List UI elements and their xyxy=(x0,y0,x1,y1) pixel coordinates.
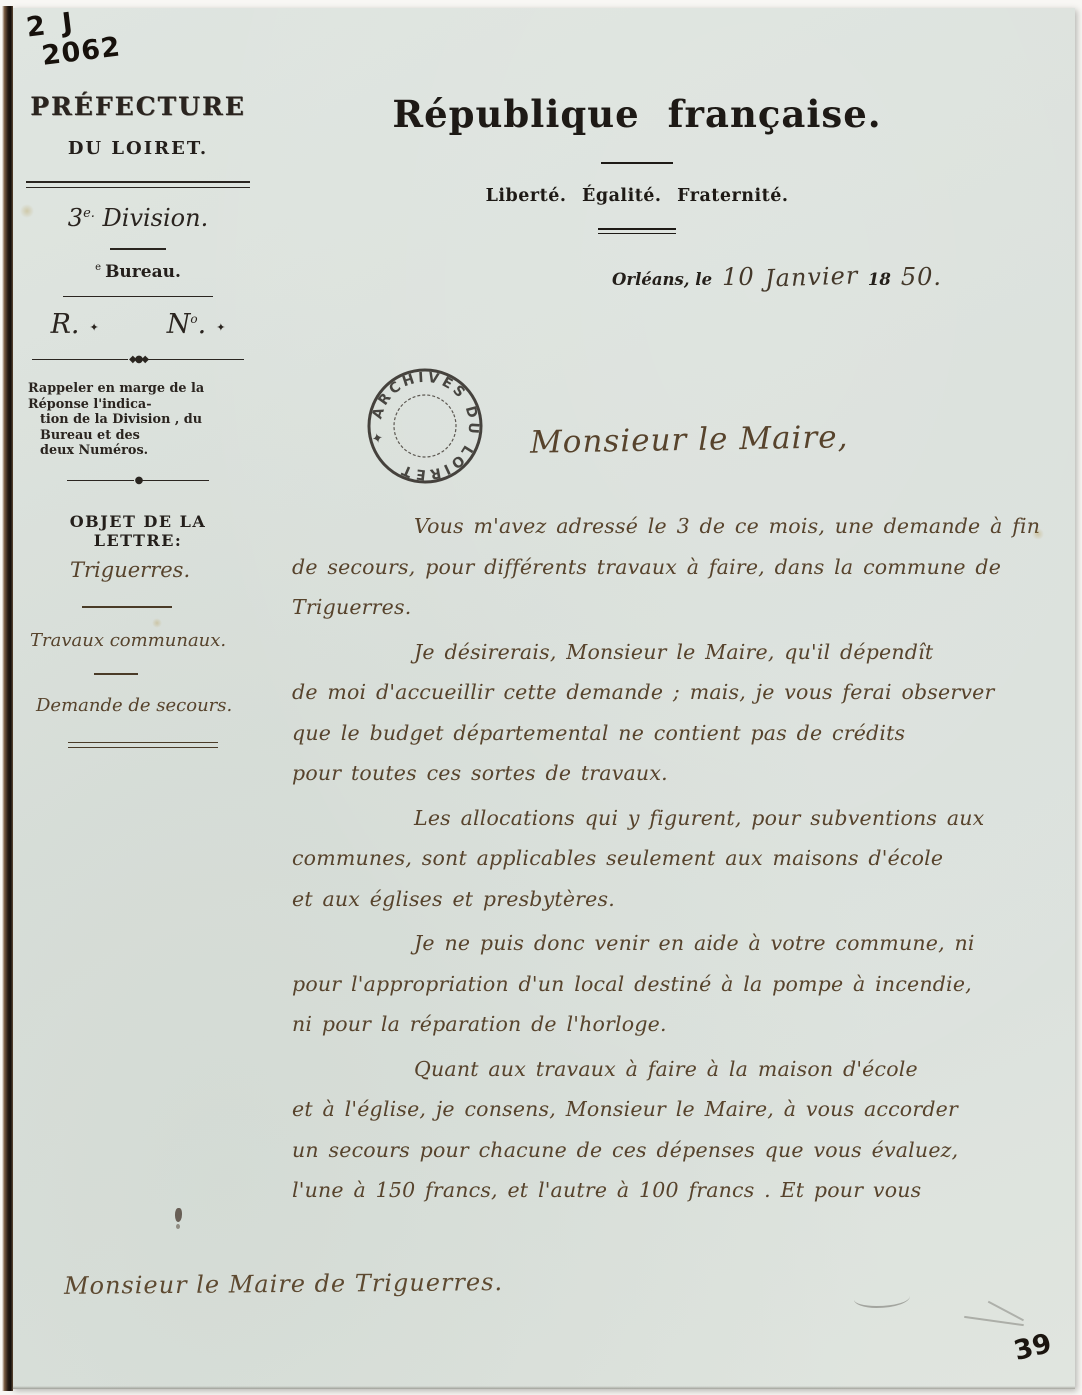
body-line: Les allocations qui y figurent, pour sub… xyxy=(292,798,1078,839)
letterhead-divider xyxy=(26,181,250,188)
objet-underline-double xyxy=(68,742,218,748)
registry-number-line: R. ✦ No. ✦ xyxy=(22,309,254,340)
numero-dot: . xyxy=(198,309,207,340)
letterhead-divider xyxy=(110,248,166,250)
body-line: l'une à 150 francs, et l'autre à 100 fra… xyxy=(292,1170,1078,1211)
scan-left-edge xyxy=(2,6,13,1391)
dateline-month-handwritten: Janvier xyxy=(764,261,858,292)
body-line: un secours pour chacune de ces dépenses … xyxy=(292,1130,1078,1171)
body-line: pour l'appropriation d'un local destiné … xyxy=(292,964,1078,1005)
division-line: 3e. Division. xyxy=(22,204,254,232)
body-line: pour toutes ces sortes de travaux. xyxy=(292,753,1078,794)
body-line: et à l'église, je consens, Monsieur le M… xyxy=(292,1089,1078,1130)
header-rule xyxy=(601,162,673,164)
svg-text:✦ ARCHIVES DU LOIRET: ✦ ARCHIVES DU LOIRET xyxy=(352,353,499,500)
body-line: communes, sont applicables seulement aux… xyxy=(292,838,1078,879)
spindle-ornament: ◆●◆ xyxy=(32,354,244,365)
foxing-spot xyxy=(152,618,162,628)
salutation: Monsieur le Maire, xyxy=(530,419,849,461)
foxing-spot xyxy=(20,204,34,218)
bureau-word: Bureau. xyxy=(105,262,181,282)
spindle-glyph-icon: ● xyxy=(134,475,143,486)
body-line: ni pour la réparation de l'horloge. xyxy=(292,1004,1078,1045)
numero-label: No. xyxy=(167,309,206,340)
letter-body: Vous m'avez adressé le 3 de ce mois, une… xyxy=(292,506,1078,1211)
archival-cote-note: 2 J 2062 xyxy=(25,3,123,74)
dateline-day-handwritten: 10 xyxy=(722,263,755,291)
division-word: Division. xyxy=(103,204,209,232)
instruction-line: Rappeler en marge de la Réponse l'indica… xyxy=(28,381,254,412)
archives-du-loiret-stamp-icon: ✦ ARCHIVES DU LOIRET xyxy=(339,340,511,512)
letterhead-divider xyxy=(63,296,213,297)
objet-underline xyxy=(94,673,138,675)
header-rule xyxy=(598,228,676,234)
bureau-ordinal-blank: e xyxy=(95,262,101,273)
body-line: de secours, pour différents travaux à fa… xyxy=(292,547,1078,588)
body-line: Je ne puis donc venir en aide à votre co… xyxy=(292,923,1078,964)
numero-letter: N xyxy=(167,309,191,340)
objet-entry-demande: Demande de secours. xyxy=(36,695,254,716)
prefecture-title: PRÉFECTURE xyxy=(22,92,254,121)
margin-instruction: Rappeler en marge de la Réponse l'indica… xyxy=(22,381,254,459)
letterhead-column: PRÉFECTURE DU LOIRET. 3e. Division. eBur… xyxy=(22,92,254,748)
dateline-year-handwritten: 50. xyxy=(901,263,942,291)
stamp-ring-text: ✦ ARCHIVES DU LOIRET xyxy=(352,353,499,500)
republic-title: République française. xyxy=(312,92,962,136)
pencil-mark xyxy=(854,1288,910,1308)
republic-motto: Liberté. Égalité. Fraternité. xyxy=(312,186,962,206)
body-line: Triguerres. xyxy=(292,587,1078,628)
dateline: Orléans, le 10 Janvier 18 50. xyxy=(612,263,1032,291)
pencil-mark xyxy=(964,1308,1024,1330)
star-ornament-icon: ✦ xyxy=(216,321,225,334)
dateline-year-printed: 18 xyxy=(868,270,891,289)
dateline-place: Orléans, le xyxy=(612,270,712,289)
body-line: et aux églises et presbytères. xyxy=(292,879,1078,920)
division-ordinal: e. xyxy=(83,206,95,221)
recipient-address: Monsieur le Maire de Triguerres. xyxy=(64,1268,503,1300)
body-line: Quant aux travaux à faire à la maison d'… xyxy=(292,1049,1078,1090)
bureau-line: eBureau. xyxy=(22,262,254,282)
letter-page: 2 J 2062 PRÉFECTURE DU LOIRET. 3e. Divis… xyxy=(12,8,1075,1389)
numero-ordinal: o xyxy=(190,312,197,326)
body-line: Vous m'avez adressé le 3 de ce mois, une… xyxy=(292,506,1078,547)
body-line: de moi d'accueillir cette demande ; mais… xyxy=(292,672,1078,713)
objet-entry-commune: Triguerres. xyxy=(70,558,254,582)
folio-number: 39 xyxy=(1011,1328,1055,1367)
republic-header: République française. Liberté. Égalité. … xyxy=(312,92,962,234)
instruction-line: tion de la Division , du Bureau et des xyxy=(28,412,254,443)
foxing-spot xyxy=(1032,528,1044,540)
spindle-glyph-icon: ◆●◆ xyxy=(128,354,148,365)
objet-heading: OBJET DE LA LETTRE: xyxy=(22,512,254,550)
registry-label: R. xyxy=(51,309,80,340)
body-line: que le budget départemental ne contient … xyxy=(292,713,1078,754)
objet-underline xyxy=(82,606,172,608)
ink-blot xyxy=(175,1208,182,1222)
scan-bottom-edge xyxy=(12,1386,1075,1389)
spindle-ornament: ● xyxy=(67,475,209,486)
division-number: 3 xyxy=(68,204,83,232)
objet-entry-travaux: Travaux communaux. xyxy=(30,630,254,651)
prefecture-subtitle: DU LOIRET. xyxy=(22,138,254,159)
instruction-line: deux Numéros. xyxy=(28,443,254,459)
star-ornament-icon: ✦ xyxy=(90,321,99,334)
body-line: Je désirerais, Monsieur le Maire, qu'il … xyxy=(292,632,1078,673)
